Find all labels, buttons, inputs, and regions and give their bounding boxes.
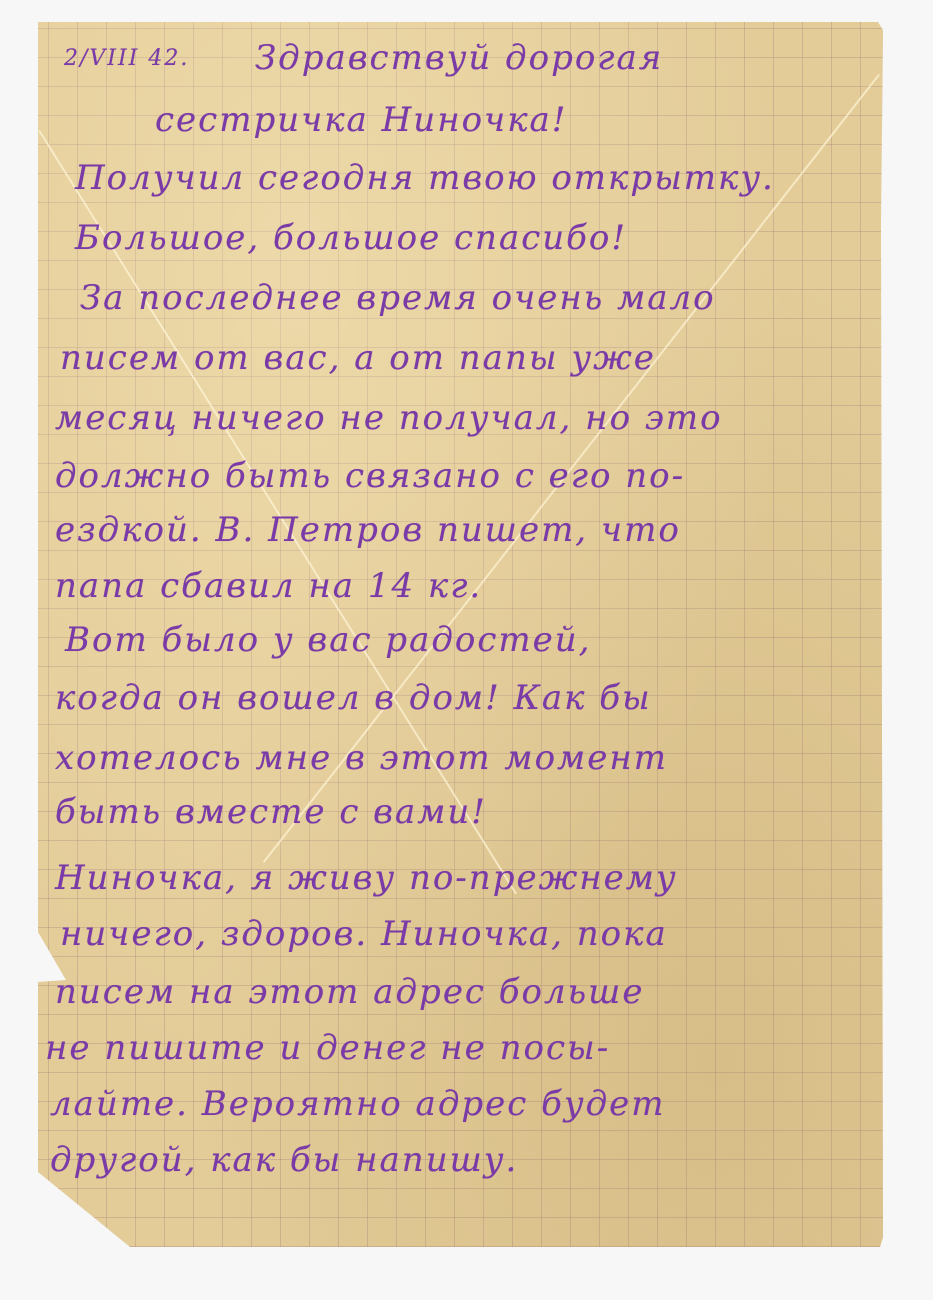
- letter-line: писем от вас, а от папы уже: [60, 338, 656, 378]
- letter-line: За последнее время очень мало: [80, 278, 716, 318]
- letter-line: сестричка Ниночка!: [155, 100, 567, 140]
- letter-line: Получил сегодня твою открытку.: [75, 158, 775, 198]
- letter-line: Здравствуй дорогая: [255, 38, 663, 78]
- letter-line: хотелось мне в этот момент: [55, 738, 668, 778]
- letter-line: ездкой. В. Петров пишет, что: [55, 510, 681, 550]
- letter-line: не пишите и денег не посы-: [45, 1028, 610, 1068]
- letter-line: писем на этот адрес больше: [55, 972, 645, 1012]
- letter-line: Вот было у вас радостей,: [65, 620, 591, 660]
- letter-line: Ниночка, я живу по-прежнему: [55, 858, 678, 898]
- letter-line: лайте. Вероятно адрес будет: [50, 1084, 666, 1124]
- letter-line: должно быть связано с его по-: [55, 456, 685, 496]
- letter-line: другой, как бы напишу.: [50, 1140, 518, 1180]
- letter-line: папа сбавил на 14 кг.: [55, 566, 482, 606]
- letter-line: когда он вошел в дом! Как бы: [55, 678, 652, 718]
- letter-line: быть вместе с вами!: [55, 792, 487, 832]
- letter-date: 2/VIII 42.: [64, 46, 189, 71]
- letter-line: ничего, здоров. Ниночка, пока: [60, 914, 668, 954]
- letter-line: месяц ничего не получал, но это: [55, 398, 723, 438]
- letter-line: Большое, большое спасибо!: [75, 218, 627, 258]
